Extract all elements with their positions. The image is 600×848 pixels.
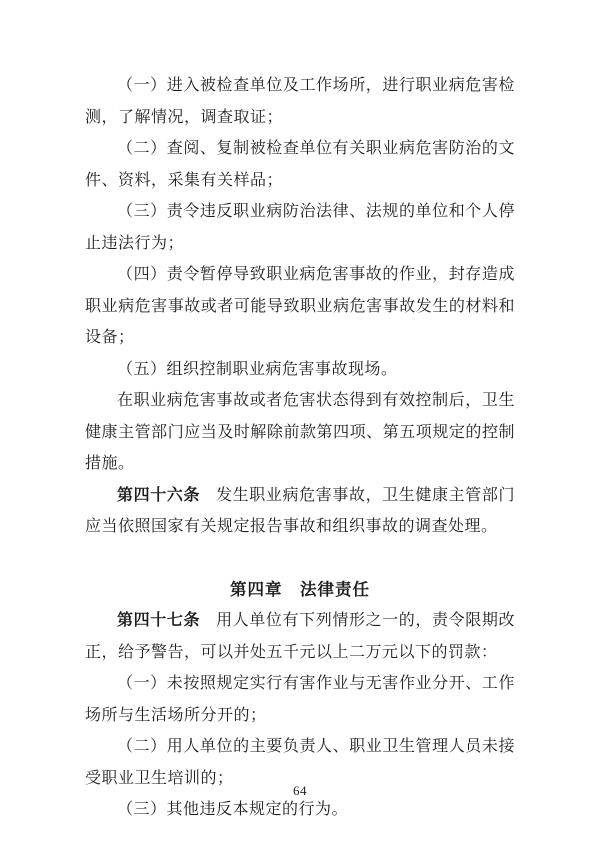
- paragraph: （二）查阅、复制被检查单位有关职业病危害防治的文件、资料，采集有关样品；: [85, 133, 515, 196]
- paragraph: （四）责令暂停导致职业病危害事故的作业，封存造成职业病危害事故或者可能导致职业病…: [85, 259, 515, 354]
- paragraph: （一）进入被检查单位及工作场所，进行职业病危害检测，了解情况，调查取证；: [85, 70, 515, 133]
- paragraph: 第四十六条发生职业病危害事故，卫生健康主管部门应当依照国家有关规定报告事故和组织…: [85, 480, 515, 543]
- article-number: 第四十七条: [117, 612, 200, 629]
- document-body: （一）进入被检查单位及工作场所，进行职业病危害检测，了解情况，调查取证；（二）查…: [85, 70, 515, 826]
- document-page: （一）进入被检查单位及工作场所，进行职业病危害检测，了解情况，调查取证；（二）查…: [0, 0, 600, 848]
- paragraph: （三）责令违反职业病防治法律、法规的单位和个人停止违法行为；: [85, 196, 515, 259]
- paragraph: （五）组织控制职业病危害事故现场。: [85, 354, 515, 386]
- page-number: 64: [0, 783, 600, 799]
- article-number: 第四十六条: [117, 487, 200, 504]
- paragraph: 在职业病危害事故或者危害状态得到有效控制后，卫生健康主管部门应当及时解除前款第四…: [85, 385, 515, 480]
- paragraph: （一）未按照规定实行有害作业与无害作业分开、工作场所与生活场所分开的；: [85, 668, 515, 731]
- chapter-heading: 第四章 法律责任: [85, 574, 515, 606]
- paragraph: 第四十七条用人单位有下列情形之一的，责令限期改正，给予警告，可以并处五千元以上二…: [85, 605, 515, 668]
